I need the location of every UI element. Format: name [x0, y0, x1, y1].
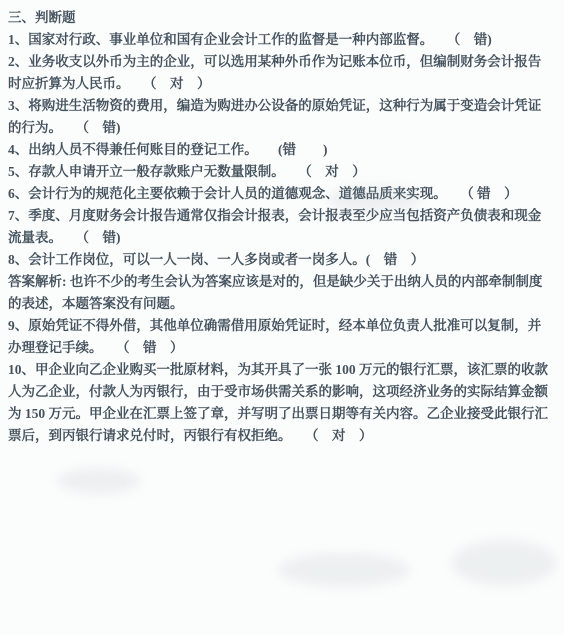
question-text: 6、会计行为的规范化主要依赖于会计人员的道德观念、道德品质来实现。 — [8, 186, 440, 201]
question-8-explanation: 答案解析: 也许不少的考生会认为答案应该是对的，但是缺少关于出纳人员的内部牵制制… — [8, 271, 558, 315]
answer-mark: （ 错 ） — [440, 186, 518, 201]
question-text: 4、出纳人员不得兼任何账目的登记工作。 — [8, 142, 251, 157]
question-3: 3、将购进生活物资的费用，编造为购进办公设备的原始凭证，这种行为属于变造会计凭证… — [8, 95, 558, 139]
question-text: 9、原始凭证不得外借，其他单位确需借用原始凭证时，经本单位负责人批准可以复制，并… — [8, 318, 541, 355]
question-text: 10、甲企业向乙企业购买一批原材料，为其开具了一张 100 万元的银行汇票，该汇… — [8, 362, 548, 443]
question-text: 5、存款人申请开立一般存款账户无数量限制。 — [8, 164, 278, 179]
question-6: 6、会计行为的规范化主要依赖于会计人员的道德观念、道德品质来实现。 （ 错 ） — [8, 183, 558, 205]
answer-mark: （ 错 ） — [96, 340, 184, 355]
question-7: 7、季度、月度财务会计报告通常仅指会计报表，会计报表至少应当包括资产负债表和现金… — [8, 205, 558, 249]
answer-mark: （ 错) — [55, 230, 120, 245]
answer-mark: （ 对 ） — [278, 164, 366, 179]
question-4: 4、出纳人员不得兼任何账目的登记工作。 (错 ) — [8, 139, 558, 161]
question-9: 9、原始凭证不得外借，其他单位确需借用原始凭证时，经本单位负责人批准可以复制，并… — [8, 315, 558, 359]
question-5: 5、存款人申请开立一般存款账户无数量限制。 （ 对 ） — [8, 161, 558, 183]
answer-mark: ( 错 ） — [366, 252, 425, 267]
question-1: 1、国家对行政、事业单位和国有企业会计工作的监督是一种内部监督。 （ 错) — [8, 29, 558, 51]
exam-page: 三、判断题 1、国家对行政、事业单位和国有企业会计工作的监督是一种内部监督。 （… — [0, 0, 564, 635]
ink-smudge — [278, 553, 410, 587]
answer-mark: （ 对 ） — [123, 76, 211, 91]
answer-mark: （ 错) — [55, 120, 120, 135]
question-2: 2、业务收支以外币为主的企业，可以选用某种外币作为记账本位币，但编制财务会计报告… — [8, 51, 558, 95]
question-10: 10、甲企业向乙企业购买一批原材料，为其开具了一张 100 万元的银行汇票，该汇… — [8, 359, 558, 447]
question-text: 8、会计工作岗位，可以一人一岗、一人多岗或者一岗多人。 — [8, 252, 366, 267]
answer-mark: （ 错) — [427, 32, 492, 47]
question-text: 2、业务收支以外币为主的企业，可以选用某种外币作为记账本位币，但编制财务会计报告… — [8, 54, 541, 91]
question-text: 1、国家对行政、事业单位和国有企业会计工作的监督是一种内部监督。 — [8, 32, 427, 47]
question-8: 8、会计工作岗位，可以一人一岗、一人多岗或者一岗多人。( 错 ） — [8, 249, 558, 271]
ink-smudge — [452, 540, 556, 586]
answer-mark: （ 对 ） — [285, 428, 373, 443]
answer-mark: (错 ) — [251, 142, 328, 157]
ink-smudge — [58, 468, 140, 494]
section-title: 三、判断题 — [8, 7, 558, 29]
